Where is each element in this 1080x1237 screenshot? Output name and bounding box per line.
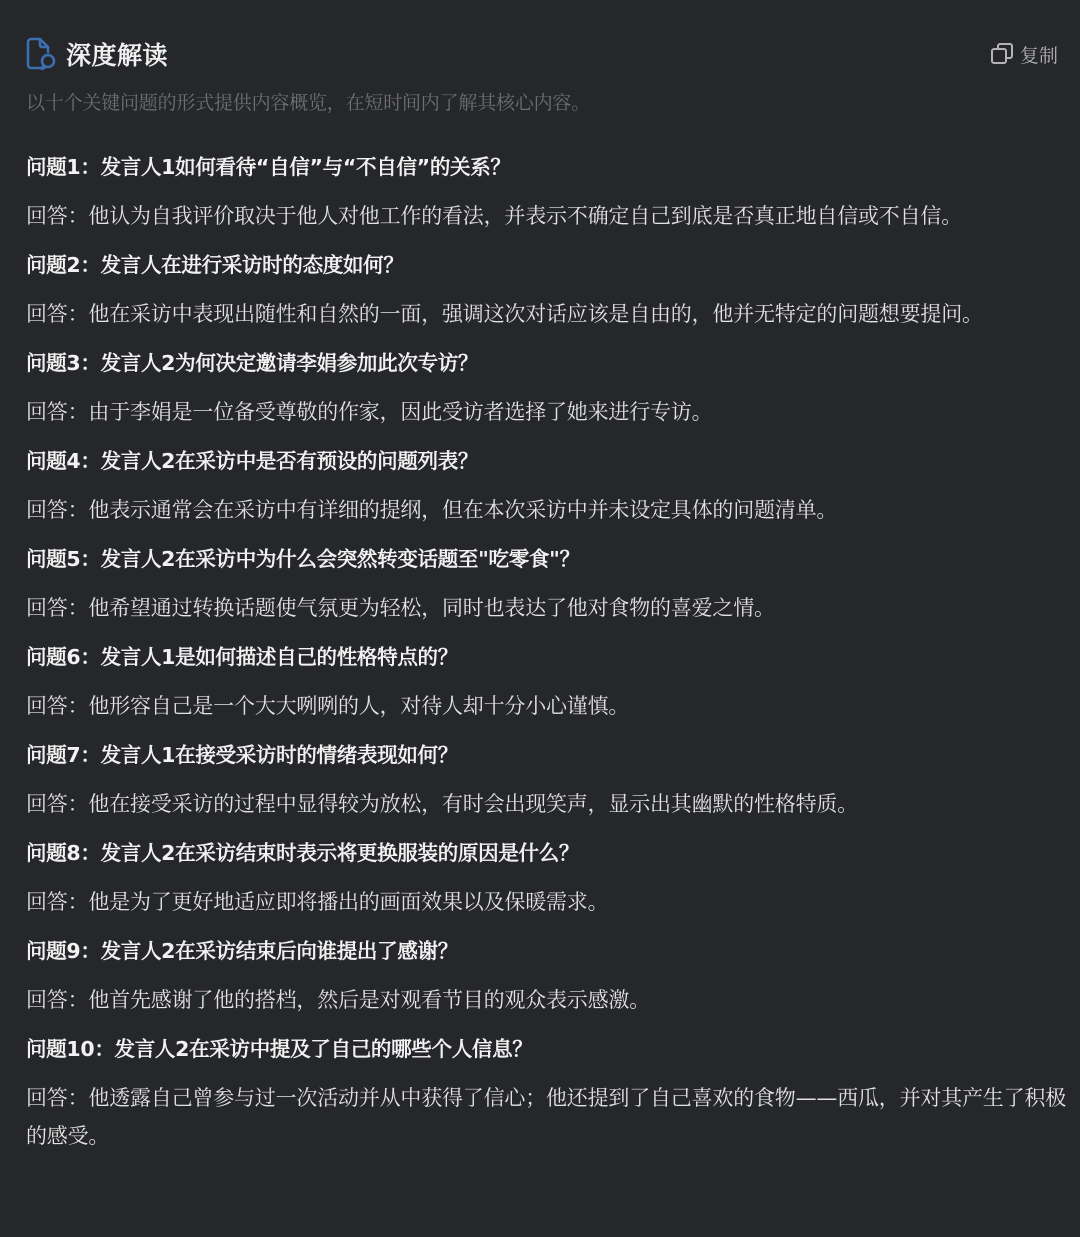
qa-item: 问题3：发言人2为何决定邀请李娟参加此次专访？ 回答：由于李娟是一位备受尊敬的作…: [26, 344, 1066, 431]
deep-reading-panel: 深度解读 复制 以十个关键问题的形式提供内容概览，在短时间内了解其核心内容。 问…: [0, 0, 1080, 1237]
panel-title: 深度解读: [66, 36, 168, 72]
qa-list: 问题1：发言人1如何看待“自信”与“不自信”的关系？ 回答：他认为自我评价取决于…: [26, 148, 1066, 1166]
qa-item: 问题1：发言人1如何看待“自信”与“不自信”的关系？ 回答：他认为自我评价取决于…: [26, 148, 1066, 235]
question-text: 问题1：发言人1如何看待“自信”与“不自信”的关系？: [26, 148, 1066, 186]
qa-item: 问题8：发言人2在采访结束时表示将更换服装的原因是什么？ 回答：他是为了更好地适…: [26, 834, 1066, 921]
answer-text: 回答：他形容自己是一个大大咧咧的人，对待人却十分小心谨慎。: [26, 687, 1066, 725]
answer-text: 回答：由于李娟是一位备受尊敬的作家，因此受访者选择了她来进行专访。: [26, 393, 1066, 431]
qa-item: 问题9：发言人2在采访结束后向谁提出了感谢？ 回答：他首先感谢了他的搭档，然后是…: [26, 932, 1066, 1019]
title-group: 深度解读: [26, 36, 168, 72]
document-chat-icon: [26, 37, 56, 71]
copy-button[interactable]: 复制: [990, 41, 1058, 68]
panel-header: 深度解读 复制: [26, 34, 1058, 74]
copy-icon: [990, 42, 1014, 66]
copy-label: 复制: [1020, 41, 1058, 68]
answer-text: 回答：他在接受采访的过程中显得较为放松，有时会出现笑声，显示出其幽默的性格特质。: [26, 785, 1066, 823]
question-text: 问题4：发言人2在采访中是否有预设的问题列表？: [26, 442, 1066, 480]
qa-item: 问题2：发言人在进行采访时的态度如何？ 回答：他在采访中表现出随性和自然的一面，…: [26, 246, 1066, 333]
qa-item: 问题4：发言人2在采访中是否有预设的问题列表？ 回答：他表示通常会在采访中有详细…: [26, 442, 1066, 529]
question-text: 问题10：发言人2在采访中提及了自己的哪些个人信息？: [26, 1030, 1066, 1068]
panel-subtitle: 以十个关键问题的形式提供内容概览，在短时间内了解其核心内容。: [26, 88, 590, 115]
answer-text: 回答：他是为了更好地适应即将播出的画面效果以及保暖需求。: [26, 883, 1066, 921]
answer-text: 回答：他在采访中表现出随性和自然的一面，强调这次对话应该是自由的，他并无特定的问…: [26, 295, 1066, 333]
answer-text: 回答：他表示通常会在采访中有详细的提纲，但在本次采访中并未设定具体的问题清单。: [26, 491, 1066, 529]
question-text: 问题8：发言人2在采访结束时表示将更换服装的原因是什么？: [26, 834, 1066, 872]
answer-text: 回答：他首先感谢了他的搭档，然后是对观看节目的观众表示感激。: [26, 981, 1066, 1019]
qa-item: 问题7：发言人1在接受采访时的情绪表现如何？ 回答：他在接受采访的过程中显得较为…: [26, 736, 1066, 823]
qa-item: 问题6：发言人1是如何描述自己的性格特点的？ 回答：他形容自己是一个大大咧咧的人…: [26, 638, 1066, 725]
question-text: 问题3：发言人2为何决定邀请李娟参加此次专访？: [26, 344, 1066, 382]
answer-text: 回答：他认为自我评价取决于他人对他工作的看法，并表示不确定自己到底是否真正地自信…: [26, 197, 1066, 235]
qa-item: 问题10：发言人2在采访中提及了自己的哪些个人信息？ 回答：他透露自己曾参与过一…: [26, 1030, 1066, 1155]
question-text: 问题2：发言人在进行采访时的态度如何？: [26, 246, 1066, 284]
question-text: 问题9：发言人2在采访结束后向谁提出了感谢？: [26, 932, 1066, 970]
question-text: 问题5：发言人2在采访中为什么会突然转变话题至"吃零食"？: [26, 540, 1066, 578]
answer-text: 回答：他希望通过转换话题使气氛更为轻松，同时也表达了他对食物的喜爱之情。: [26, 589, 1066, 627]
question-text: 问题6：发言人1是如何描述自己的性格特点的？: [26, 638, 1066, 676]
question-text: 问题7：发言人1在接受采访时的情绪表现如何？: [26, 736, 1066, 774]
qa-item: 问题5：发言人2在采访中为什么会突然转变话题至"吃零食"？ 回答：他希望通过转换…: [26, 540, 1066, 627]
answer-text: 回答：他透露自己曾参与过一次活动并从中获得了信心；他还提到了自己喜欢的食物——西…: [26, 1079, 1066, 1155]
